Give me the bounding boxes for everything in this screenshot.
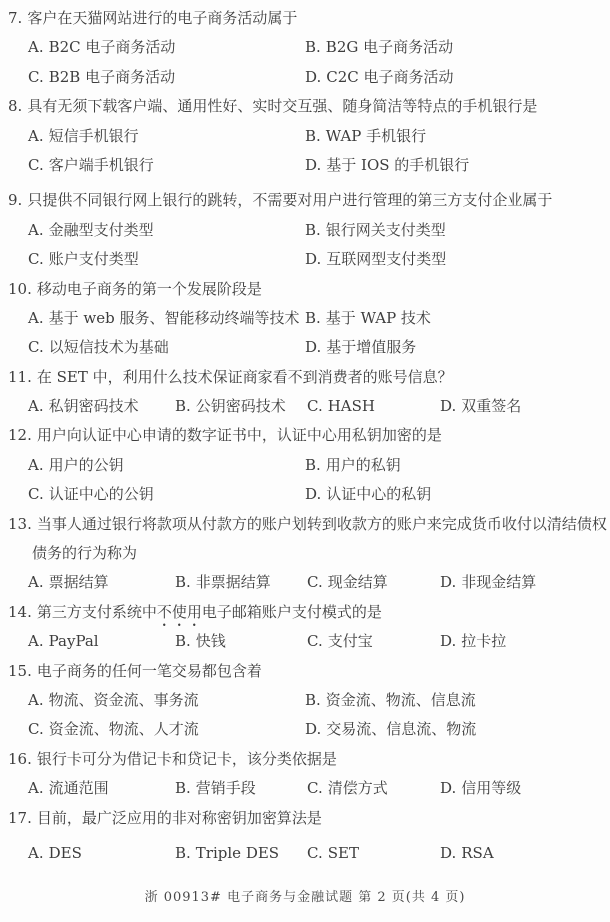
- question-text-segment: 电子邮箱账户支付模式的是: [202, 603, 382, 621]
- option-item: C.SET: [307, 839, 440, 868]
- question-text: 目前，最广泛应用的非对称密钥加密算法是: [37, 809, 322, 827]
- options-row: C.账户支付类型D.互联网型支付类型: [28, 245, 604, 274]
- option-label: C.: [307, 573, 323, 591]
- option-label: A.: [28, 691, 44, 709]
- question-line: 15.电子商务的任何一笔交易都包含着: [8, 657, 604, 686]
- question-item: 11.在 SET 中，利用什么技术保证商家看不到消费者的账号信息？A.私钥密码技…: [8, 363, 604, 422]
- question-text: 银行卡可分为借记卡和贷记卡，该分类依据是: [37, 750, 337, 768]
- option-label: A.: [28, 397, 44, 415]
- option-item: B.非票据结算: [175, 568, 307, 597]
- question-number: 11.: [8, 368, 32, 386]
- option-item: A.流通范围: [28, 774, 175, 803]
- options-row: C.以短信技术为基础D.基于增值服务: [28, 333, 604, 362]
- options-row: A.B2C 电子商务活动B.B2G 电子商务活动: [28, 33, 604, 62]
- option-item: D.非现金结算: [440, 568, 604, 597]
- option-text: 营销手段: [196, 779, 256, 797]
- option-label: B.: [305, 456, 321, 474]
- option-label: D.: [440, 632, 456, 650]
- option-item: C.支付宝: [307, 627, 440, 656]
- option-label: A.: [28, 38, 44, 56]
- option-text: 以短信技术为基础: [49, 338, 169, 356]
- option-label: A.: [28, 844, 44, 862]
- option-label: D.: [440, 397, 456, 415]
- option-label: D.: [305, 338, 321, 356]
- option-text: 资金流、物流、人才流: [49, 720, 199, 738]
- option-item: B.基于 WAP 技术: [305, 304, 604, 333]
- option-text: 账户支付类型: [49, 250, 139, 268]
- option-text: 非现金结算: [461, 573, 536, 591]
- option-item: D.互联网型支付类型: [305, 245, 604, 274]
- option-text: 流通范围: [49, 779, 109, 797]
- option-text: 双重签名: [461, 397, 521, 415]
- option-item: C.清偿方式: [307, 774, 440, 803]
- options-row: C.资金流、物流、人才流D.交易流、信息流、物流: [28, 715, 604, 744]
- option-item: C.以短信技术为基础: [28, 333, 305, 362]
- option-item: B.营销手段: [175, 774, 307, 803]
- option-label: A.: [28, 221, 44, 239]
- option-text: 金融型支付类型: [49, 221, 154, 239]
- option-item: A.基于 web 服务、智能移动终端等技术: [28, 304, 305, 333]
- options-row: A.DESB.Triple DESC.SETD.RSA: [28, 839, 604, 868]
- option-text: B2B 电子商务活动: [49, 68, 175, 86]
- option-text: 交易流、信息流、物流: [326, 720, 476, 738]
- question-line: 13.当事人通过银行将款项从付款方的账户划转到收款方的账户来完成货币收付以清结债…: [8, 510, 604, 539]
- option-text: 基于增值服务: [326, 338, 416, 356]
- option-label: B.: [175, 632, 191, 650]
- option-text: 非票据结算: [196, 573, 271, 591]
- question-item: 16.银行卡可分为借记卡和贷记卡，该分类依据是A.流通范围B.营销手段C.清偿方…: [8, 745, 604, 804]
- option-item: D.拉卡拉: [440, 627, 604, 656]
- option-item: A.私钥密码技术: [28, 392, 175, 421]
- question-number: 17.: [8, 809, 32, 827]
- options-row: C.认证中心的公钥D.认证中心的私钥: [28, 480, 604, 509]
- option-item: D.C2C 电子商务活动: [305, 63, 604, 92]
- options-row: A.金融型支付类型B.银行网关支付类型: [28, 216, 604, 245]
- option-label: B.: [305, 221, 321, 239]
- option-item: B.资金流、物流、信息流: [305, 686, 604, 715]
- option-text: C2C 电子商务活动: [326, 68, 453, 86]
- option-text: 短信手机银行: [49, 127, 139, 145]
- options-row: A.短信手机银行B.WAP 手机银行: [28, 122, 604, 151]
- option-label: D.: [305, 720, 321, 738]
- option-item: D.基于 IOS 的手机银行: [305, 151, 604, 180]
- option-label: B.: [305, 309, 321, 327]
- option-text: B2C 电子商务活动: [49, 38, 176, 56]
- question-text: 债务的行为称为: [32, 544, 137, 562]
- option-text: PayPal: [49, 632, 99, 650]
- option-label: A.: [28, 456, 44, 474]
- question-text: 用户向认证中心申请的数字证书中，认证中心用私钥加密的是: [37, 426, 442, 444]
- option-text: 快钱: [196, 632, 226, 650]
- question-item: 8.具有无须下载客户端、通用性好、实时交互强、随身简洁等特点的手机银行是A.短信…: [8, 92, 604, 180]
- option-item: B.银行网关支付类型: [305, 216, 604, 245]
- option-label: C.: [28, 485, 44, 503]
- option-item: A.物流、资金流、事务流: [28, 686, 305, 715]
- question-number: 10.: [8, 280, 32, 298]
- option-label: B.: [175, 844, 191, 862]
- option-item: C.账户支付类型: [28, 245, 305, 274]
- options-row: C.B2B 电子商务活动D.C2C 电子商务活动: [28, 63, 604, 92]
- question-line: 12.用户向认证中心申请的数字证书中，认证中心用私钥加密的是: [8, 421, 604, 450]
- option-item: A.PayPal: [28, 627, 175, 656]
- question-text-segment: 第三方支付系统中: [37, 603, 157, 621]
- question-line: 16.银行卡可分为借记卡和贷记卡，该分类依据是: [8, 745, 604, 774]
- option-text: 基于 IOS 的手机银行: [326, 156, 469, 174]
- option-text: WAP 手机银行: [326, 127, 426, 145]
- question-item: 15.电子商务的任何一笔交易都包含着A.物流、资金流、事务流B.资金流、物流、信…: [8, 657, 604, 745]
- option-label: A.: [28, 309, 44, 327]
- option-item: A.票据结算: [28, 568, 175, 597]
- question-item: 9.只提供不同银行网上银行的跳转，不需要对用户进行管理的第三方支付企业属于A.金…: [8, 186, 604, 274]
- option-text: 认证中心的公钥: [49, 485, 154, 503]
- questions-list: 7.客户在天猫网站进行的电子商务活动属于A.B2C 电子商务活动B.B2G 电子…: [0, 4, 610, 868]
- option-text: 拉卡拉: [461, 632, 506, 650]
- option-label: C.: [28, 68, 44, 86]
- option-item: D.信用等级: [440, 774, 604, 803]
- option-label: B.: [175, 397, 191, 415]
- option-label: C.: [307, 844, 323, 862]
- question-text-continuation: 债务的行为称为: [8, 539, 604, 568]
- question-number: 8.: [8, 97, 22, 115]
- question-text: 移动电子商务的第一个发展阶段是: [37, 280, 262, 298]
- option-text: DES: [49, 844, 82, 862]
- option-text: 现金结算: [328, 573, 388, 591]
- option-text: 认证中心的私钥: [326, 485, 431, 503]
- options-row: A.物流、资金流、事务流B.资金流、物流、信息流: [28, 686, 604, 715]
- options-row: C.客户端手机银行D.基于 IOS 的手机银行: [28, 151, 604, 180]
- option-label: D.: [440, 779, 456, 797]
- option-item: B.WAP 手机银行: [305, 122, 604, 151]
- question-item: 10.移动电子商务的第一个发展阶段是A.基于 web 服务、智能移动终端等技术B…: [8, 275, 604, 363]
- option-text: 客户端手机银行: [49, 156, 154, 174]
- option-label: D.: [305, 485, 321, 503]
- option-item: D.RSA: [440, 839, 604, 868]
- option-label: D.: [305, 156, 321, 174]
- option-label: C.: [28, 720, 44, 738]
- question-number: 14.: [8, 603, 32, 621]
- option-label: C.: [28, 156, 44, 174]
- option-label: A.: [28, 632, 44, 650]
- options-row: A.流通范围B.营销手段C.清偿方式D.信用等级: [28, 774, 604, 803]
- option-text: 基于 WAP 技术: [326, 309, 431, 327]
- option-text: 物流、资金流、事务流: [49, 691, 199, 709]
- option-item: C.认证中心的公钥: [28, 480, 305, 509]
- option-label: A.: [28, 573, 44, 591]
- option-text: 用户的公钥: [49, 456, 124, 474]
- option-item: B.公钥密码技术: [175, 392, 307, 421]
- option-label: A.: [28, 779, 44, 797]
- option-text: 资金流、物流、信息流: [326, 691, 476, 709]
- options-row: A.基于 web 服务、智能移动终端等技术B.基于 WAP 技术: [28, 304, 604, 333]
- option-label: D.: [305, 250, 321, 268]
- option-label: C.: [28, 250, 44, 268]
- question-item: 7.客户在天猫网站进行的电子商务活动属于A.B2C 电子商务活动B.B2G 电子…: [8, 4, 604, 92]
- option-item: C.HASH: [307, 392, 440, 421]
- question-item: 13.当事人通过银行将款项从付款方的账户划转到收款方的账户来完成货币收付以清结债…: [8, 510, 604, 598]
- option-label: C.: [28, 338, 44, 356]
- option-item: A.金融型支付类型: [28, 216, 305, 245]
- option-item: D.认证中心的私钥: [305, 480, 604, 509]
- question-number: 12.: [8, 426, 32, 444]
- question-line: 17.目前，最广泛应用的非对称密钥加密算法是: [8, 804, 604, 833]
- question-line: 7.客户在天猫网站进行的电子商务活动属于: [8, 4, 604, 33]
- question-text: 具有无须下载客户端、通用性好、实时交互强、随身简洁等特点的手机银行是: [27, 97, 537, 115]
- question-number: 16.: [8, 750, 32, 768]
- option-text: 基于 web 服务、智能移动终端等技术: [49, 309, 300, 327]
- option-label: A.: [28, 127, 44, 145]
- option-label: B.: [305, 38, 321, 56]
- question-number: 13.: [8, 515, 32, 533]
- options-row: A.私钥密码技术B.公钥密码技术C.HASHD.双重签名: [28, 392, 604, 421]
- option-item: B.快钱: [175, 627, 307, 656]
- option-text: RSA: [461, 844, 493, 862]
- option-text: 清偿方式: [328, 779, 388, 797]
- question-number: 7.: [8, 9, 22, 27]
- option-item: D.基于增值服务: [305, 333, 604, 362]
- question-item: 12.用户向认证中心申请的数字证书中，认证中心用私钥加密的是A.用户的公钥B.用…: [8, 421, 604, 509]
- option-item: A.B2C 电子商务活动: [28, 33, 305, 62]
- option-label: C.: [307, 397, 323, 415]
- option-item: B.B2G 电子商务活动: [305, 33, 604, 62]
- option-item: C.B2B 电子商务活动: [28, 63, 305, 92]
- option-label: B.: [175, 779, 191, 797]
- question-item: 14.第三方支付系统中不使用电子邮箱账户支付模式的是A.PayPalB.快钱C.…: [8, 598, 604, 657]
- option-text: HASH: [328, 397, 375, 415]
- option-item: A.用户的公钥: [28, 451, 305, 480]
- option-text: 公钥密码技术: [196, 397, 286, 415]
- page-footer: 浙 00913# 电子商务与金融试题 第 2 页(共 4 页): [0, 886, 610, 905]
- option-text: B2G 电子商务活动: [326, 38, 453, 56]
- question-number: 9.: [8, 191, 22, 209]
- question-text: 只提供不同银行网上银行的跳转，不需要对用户进行管理的第三方支付企业属于: [27, 191, 552, 209]
- option-label: C.: [307, 779, 323, 797]
- question-text: 在 SET 中，利用什么技术保证商家看不到消费者的账号信息？: [37, 368, 453, 386]
- option-text: 私钥密码技术: [49, 397, 139, 415]
- option-item: D.双重签名: [440, 392, 604, 421]
- option-text: Triple DES: [196, 844, 279, 862]
- option-item: B.用户的私钥: [305, 451, 604, 480]
- option-text: 支付宝: [328, 632, 373, 650]
- question-text-emphasized: 不使用: [157, 603, 202, 621]
- question-text: 电子商务的任何一笔交易都包含着: [37, 662, 262, 680]
- option-item: B.Triple DES: [175, 839, 307, 868]
- option-text: 互联网型支付类型: [326, 250, 446, 268]
- option-item: C.客户端手机银行: [28, 151, 305, 180]
- option-item: C.资金流、物流、人才流: [28, 715, 305, 744]
- question-item: 17.目前，最广泛应用的非对称密钥加密算法是A.DESB.Triple DESC…: [8, 804, 604, 869]
- option-label: B.: [305, 127, 321, 145]
- option-text: 票据结算: [49, 573, 109, 591]
- question-line: 8.具有无须下载客户端、通用性好、实时交互强、随身简洁等特点的手机银行是: [8, 92, 604, 121]
- question-text: 客户在天猫网站进行的电子商务活动属于: [27, 9, 297, 27]
- options-row: A.PayPalB.快钱C.支付宝D.拉卡拉: [28, 627, 604, 656]
- option-item: D.交易流、信息流、物流: [305, 715, 604, 744]
- option-label: C.: [307, 632, 323, 650]
- question-text: 当事人通过银行将款项从付款方的账户划转到收款方的账户来完成货币收付以清结债权: [37, 515, 607, 533]
- option-label: B.: [305, 691, 321, 709]
- option-label: D.: [305, 68, 321, 86]
- option-label: D.: [440, 844, 456, 862]
- question-line: 14.第三方支付系统中不使用电子邮箱账户支付模式的是: [8, 598, 604, 627]
- options-row: A.用户的公钥B.用户的私钥: [28, 451, 604, 480]
- option-text: 银行网关支付类型: [326, 221, 446, 239]
- option-text: 信用等级: [461, 779, 521, 797]
- question-text: 第三方支付系统中不使用电子邮箱账户支付模式的是: [37, 603, 382, 621]
- option-item: C.现金结算: [307, 568, 440, 597]
- option-text: SET: [328, 844, 359, 862]
- option-label: D.: [440, 573, 456, 591]
- options-row: A.票据结算B.非票据结算C.现金结算D.非现金结算: [28, 568, 604, 597]
- question-line: 10.移动电子商务的第一个发展阶段是: [8, 275, 604, 304]
- question-line: 9.只提供不同银行网上银行的跳转，不需要对用户进行管理的第三方支付企业属于: [8, 186, 604, 215]
- option-item: A.DES: [28, 839, 175, 868]
- exam-paper-page: 7.客户在天猫网站进行的电子商务活动属于A.B2C 电子商务活动B.B2G 电子…: [0, 0, 610, 922]
- question-line: 11.在 SET 中，利用什么技术保证商家看不到消费者的账号信息？: [8, 363, 604, 392]
- option-item: A.短信手机银行: [28, 122, 305, 151]
- option-text: 用户的私钥: [326, 456, 401, 474]
- question-number: 15.: [8, 662, 32, 680]
- option-label: B.: [175, 573, 191, 591]
